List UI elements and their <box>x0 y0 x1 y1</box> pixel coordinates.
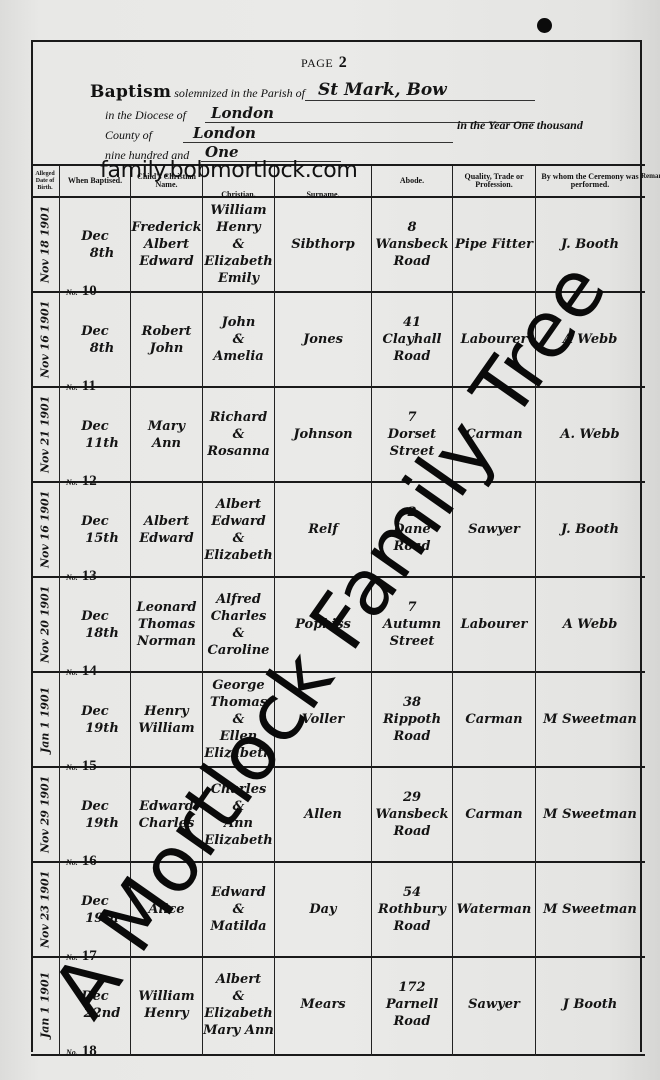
cell-dob: Nov 23 1901 <box>31 863 59 956</box>
cell-parents: John&Amelia <box>203 293 274 386</box>
diocese-value: London <box>211 104 274 122</box>
diocese-label: in the Diocese of <box>105 108 186 123</box>
cell-officiant: J Booth <box>536 958 644 1051</box>
cell-parents: WilliamHenry&ElizabethEmily <box>203 198 274 291</box>
cell-dob: Nov 29 1901 <box>31 768 59 861</box>
table-row: Nov 29 1901Dec19thNo.16EdwardCharlesChar… <box>31 768 645 863</box>
county-value: London <box>193 124 256 142</box>
cell-dob: Nov 21 1901 <box>31 388 59 481</box>
year-label: in the Year One thousand <box>457 118 583 133</box>
parish-line: Baptism solemnized in the Parish of <box>90 82 305 102</box>
cell-officiant: J. Booth <box>536 483 644 576</box>
col-dob: Alleged Date of Birth. <box>31 166 59 196</box>
cell-child: AlbertEdward <box>131 483 202 576</box>
cell-profession: Pipe Fitter <box>453 198 535 291</box>
cell-parents: AlbertEdward&Elizabeth <box>203 483 274 576</box>
cell-parents: Richard&Rosanna <box>203 388 274 481</box>
page-number: PAGE 2 <box>301 54 347 72</box>
cell-profession: Waterman <box>453 863 535 956</box>
baptism-heading: Baptism <box>90 82 171 102</box>
col-abode: Abode. <box>372 166 452 196</box>
cell-profession: Carman <box>453 768 535 861</box>
cell-dob: Nov 18 1901 <box>31 198 59 291</box>
col-remarks: Remarks <box>641 172 660 180</box>
cell-dob: Nov 20 1901 <box>31 578 59 671</box>
entry-number: No.18 <box>66 1043 97 1061</box>
cell-parents: Albert&ElizabethMary Ann <box>203 958 274 1051</box>
cell-child: LeonardThomasNorman <box>131 578 202 671</box>
cell-dob: Nov 16 1901 <box>31 483 59 576</box>
cell-surname: Day <box>275 863 371 956</box>
cell-child: FrederickAlbertEdward <box>131 198 202 291</box>
cell-dob: Nov 16 1901 <box>31 293 59 386</box>
cell-officiant: A. Webb <box>536 388 644 481</box>
cell-surname: Allen <box>275 768 371 861</box>
county-label: County of <box>105 128 152 143</box>
cell-child: HenryWilliam <box>131 673 202 766</box>
register-page: PAGE 2 Baptism solemnized in the Parish … <box>0 0 660 1080</box>
cell-abode: 8WansbeckRoad <box>372 198 452 291</box>
col-profession: Quality, Trade or Profession. <box>453 166 535 196</box>
cell-officiant: M Sweetman <box>536 863 644 956</box>
register-header: PAGE 2 Baptism solemnized in the Parish … <box>33 42 640 164</box>
punch-hole <box>537 18 552 33</box>
table-row: Nov 21 1901Dec11thNo.12MaryAnnRichard&Ro… <box>31 388 645 483</box>
cell-officiant: M Sweetman <box>536 673 644 766</box>
cell-officiant: M Sweetman <box>536 768 644 861</box>
cell-profession: Labourer <box>453 578 535 671</box>
cell-profession: Carman <box>453 673 535 766</box>
cell-child: RobertJohn <box>131 293 202 386</box>
cell-child: MaryAnn <box>131 388 202 481</box>
cell-surname: Jones <box>275 293 371 386</box>
cell-profession: Sawyer <box>453 958 535 1051</box>
cell-surname: Mears <box>275 958 371 1051</box>
cell-officiant: A Webb <box>536 578 644 671</box>
col-officiant: By whom the Ceremony was performed. <box>536 166 644 196</box>
parish-value: St Mark, Bow <box>318 80 447 100</box>
cell-abode: 172ParnellRoad <box>372 958 452 1051</box>
cell-abode: 38RippothRoad <box>372 673 452 766</box>
cell-dob: Jan 1 1901 <box>31 673 59 766</box>
cell-surname: Sibthorp <box>275 198 371 291</box>
cell-abode: 41ClayhallRoad <box>372 293 452 386</box>
watermark-url: family.bobmortlock.com <box>100 158 358 183</box>
cell-abode: 29WansbeckRoad <box>372 768 452 861</box>
cell-surname: Johnson <box>275 388 371 481</box>
cell-abode: 54RothburyRoad <box>372 863 452 956</box>
